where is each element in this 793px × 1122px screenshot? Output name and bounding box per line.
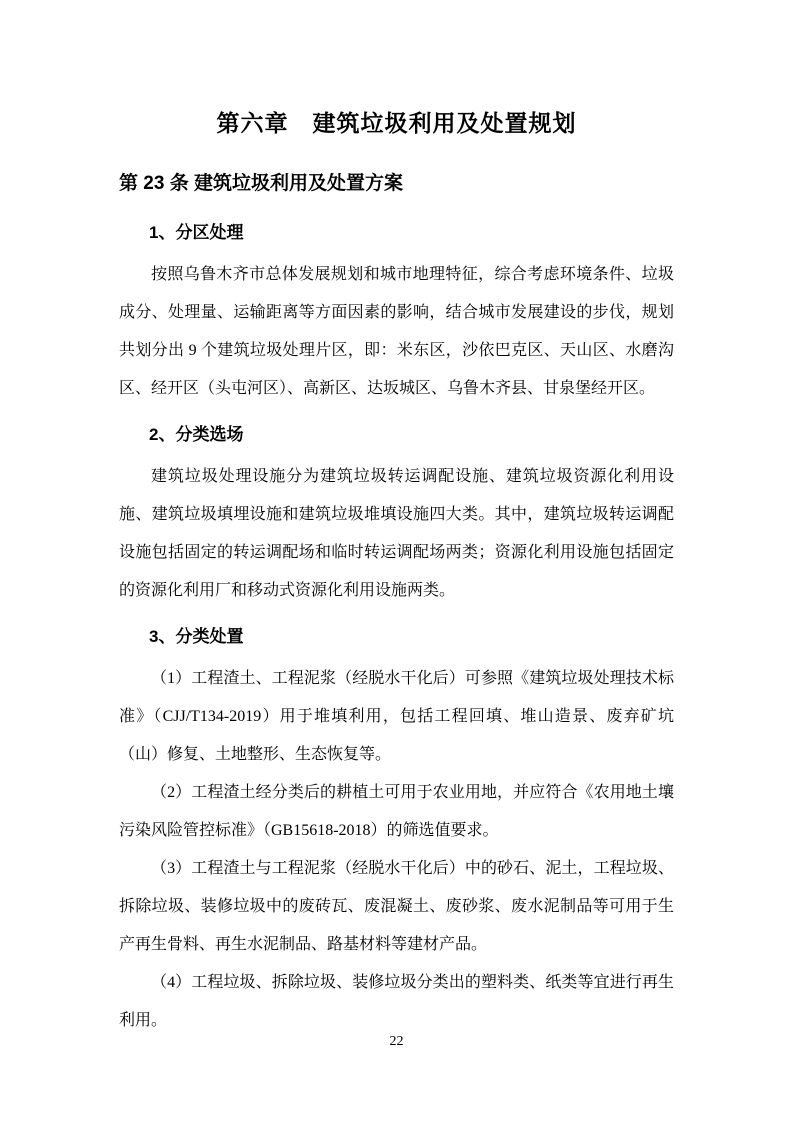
section-heading-1: 1、分区处理 bbox=[119, 220, 674, 246]
chapter-title: 第六章 建筑垃圾利用及处置规划 bbox=[119, 106, 674, 140]
section-1-paragraph: 按照乌鲁木齐市总体发展规划和城市地理特征，综合考虑环境条件、垃圾成分、处理量、运… bbox=[119, 256, 674, 408]
section-heading-3: 3、分类处置 bbox=[119, 624, 674, 650]
section-heading-2: 2、分类选场 bbox=[119, 422, 674, 448]
article-heading: 第 23 条 建筑垃圾利用及处置方案 bbox=[119, 170, 674, 198]
section-3-paragraph-3: （3）工程渣土与工程泥浆（经脱水干化后）中的砂石、泥土，工程垃圾、拆除垃圾、装修… bbox=[119, 850, 674, 964]
section-2-paragraph: 建筑垃圾处理设施分为建筑垃圾转运调配设施、建筑垃圾资源化利用设施、建筑垃圾填埋设… bbox=[119, 458, 674, 610]
section-3-paragraph-4: （4）工程垃圾、拆除垃圾、装修垃圾分类出的塑料类、纸类等宜进行再生利用。 bbox=[119, 964, 674, 1040]
section-3-paragraph-2: （2）工程渣土经分类后的耕植土可用于农业用地，并应符合《农用地土壤污染风险管控标… bbox=[119, 774, 674, 850]
document-page: 第六章 建筑垃圾利用及处置规划 第 23 条 建筑垃圾利用及处置方案 1、分区处… bbox=[0, 0, 793, 1122]
page-number: 22 bbox=[0, 1034, 793, 1050]
section-3-paragraph-1: （1）工程渣土、工程泥浆（经脱水干化后）可参照《建筑垃圾处理技术标准》（CJJ/… bbox=[119, 660, 674, 774]
